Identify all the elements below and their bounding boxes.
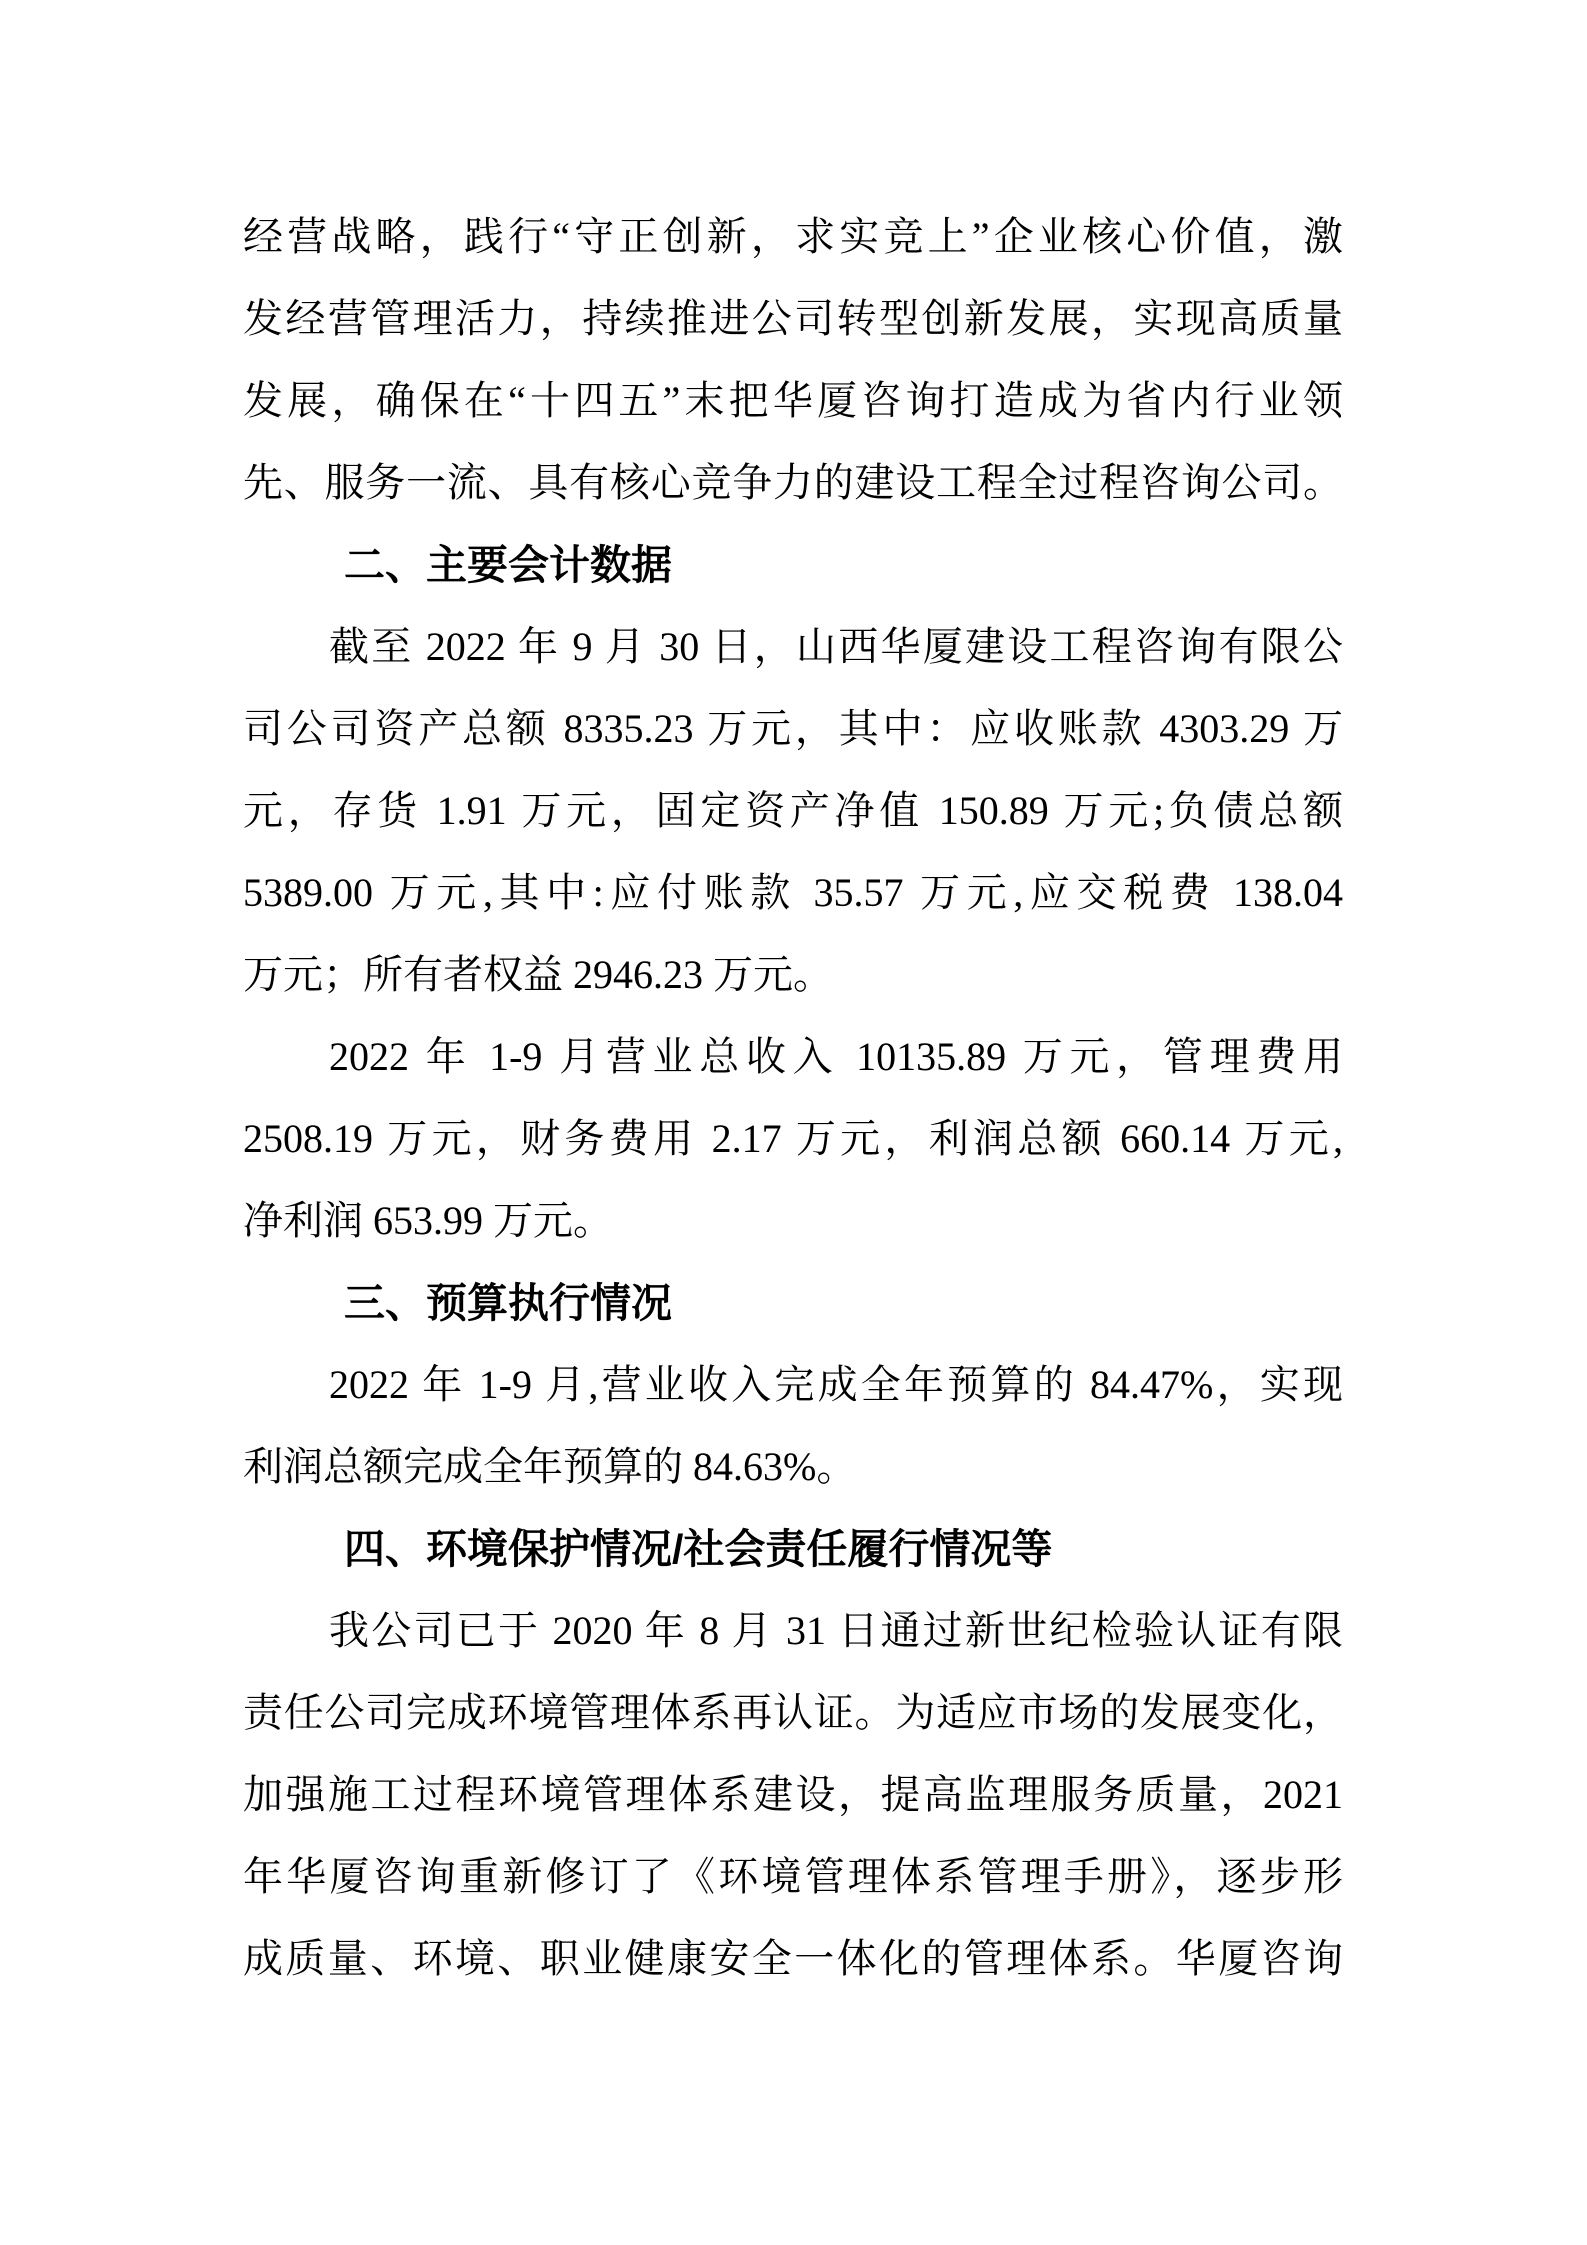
text-line: 截至 2022 年 9 月 30 日，山西华厦建设工程咨询有限公 xyxy=(243,606,1343,688)
text-line: 发经营管理活力，持续推进公司转型创新发展，实现高质量 xyxy=(243,278,1343,360)
text-line: 2508.19 万元，财务费用 2.17 万元，利润总额 660.14 万元, xyxy=(243,1098,1343,1180)
text-line: 经营战略，践行“守正创新，求实竞上”企业核心价值，激 xyxy=(243,196,1343,278)
text-line: 我公司已于 2020 年 8 月 31 日通过新世纪检验认证有限 xyxy=(243,1590,1343,1672)
section-heading: 二、主要会计数据 xyxy=(243,524,1343,606)
section-heading: 四、环境保护情况/社会责任履行情况等 xyxy=(243,1508,1343,1590)
text-line: 先、服务一流、具有核心竞争力的建设工程全过程咨询公司。 xyxy=(243,442,1343,524)
text-line: 2022 年 1-9 月营业总收入 10135.89 万元，管理费用 xyxy=(243,1016,1343,1098)
text-line: 利润总额完成全年预算的 84.63%。 xyxy=(243,1426,1343,1508)
document-page: 经营战略，践行“守正创新，求实竞上”企业核心价值，激发经营管理活力，持续推进公司… xyxy=(0,0,1587,2245)
text-line: 万元；所有者权益 2946.23 万元。 xyxy=(243,934,1343,1016)
text-line: 2022 年 1-9 月,营业收入完成全年预算的 84.47%，实现 xyxy=(243,1344,1343,1426)
section-heading: 三、预算执行情况 xyxy=(243,1262,1343,1344)
document-content: 经营战略，践行“守正创新，求实竞上”企业核心价值，激发经营管理活力，持续推进公司… xyxy=(243,196,1343,2000)
text-line: 责任公司完成环境管理体系再认证。为适应市场的发展变化， xyxy=(243,1672,1343,1754)
text-line: 5389.00 万元,其中:应付账款 35.57 万元,应交税费 138.04 xyxy=(243,852,1343,934)
text-line: 司公司资产总额 8335.23 万元，其中：应收账款 4303.29 万 xyxy=(243,688,1343,770)
text-line: 年华厦咨询重新修订了《环境管理体系管理手册》，逐步形 xyxy=(243,1836,1343,1918)
text-line: 净利润 653.99 万元。 xyxy=(243,1180,1343,1262)
text-line: 发展，确保在“十四五”末把华厦咨询打造成为省内行业领 xyxy=(243,360,1343,442)
text-line: 加强施工过程环境管理体系建设，提高监理服务质量，2021 xyxy=(243,1754,1343,1836)
text-line: 成质量、环境、职业健康安全一体化的管理体系。华厦咨询 xyxy=(243,1918,1343,2000)
text-line: 元，存货 1.91 万元，固定资产净值 150.89 万元;负债总额 xyxy=(243,770,1343,852)
